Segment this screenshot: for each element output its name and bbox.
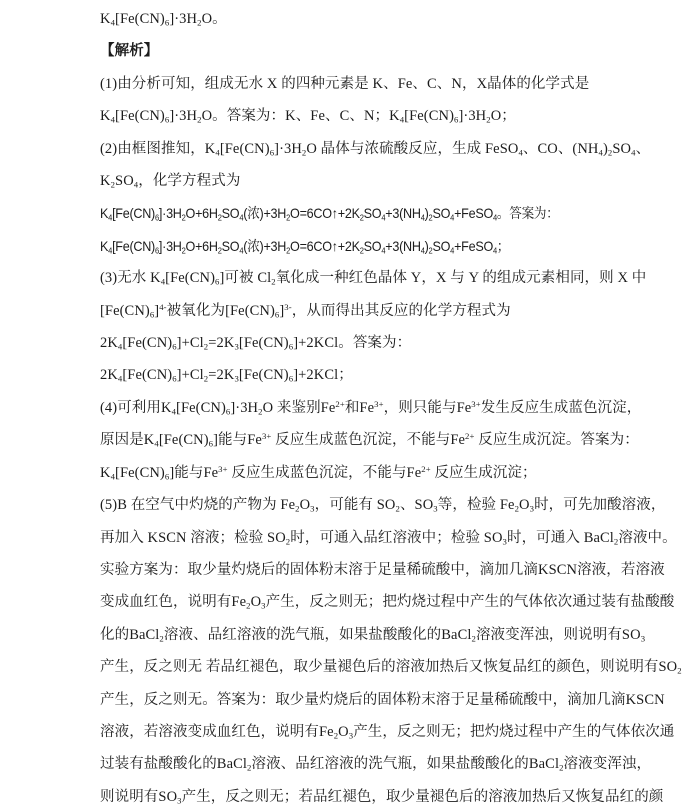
text-line: 溶液，若溶液变成血红色，说明有Fe2O3产生，反之则无；把灼烧过程中产生的气体依…	[100, 716, 652, 748]
formula-line: K4[Fe(CN)6]·3H2O。	[100, 3, 652, 35]
text-line: (5)B 在空气中灼烧的产物为 Fe2O3，可能有 SO2、SO3等，检验 Fe…	[100, 489, 652, 521]
text-line: [Fe(CN)6]4-被氧化为[Fe(CN)6]3-，从而得出其反应的化学方程式…	[100, 295, 652, 327]
text-line: 变成血红色，说明有Fe2O3产生，反之则无；把灼烧过程中产生的气体依次通过装有盐…	[100, 586, 652, 618]
text-line: 化的BaCl2溶液、品红溶液的洗气瓶，如果盐酸酸化的BaCl2溶液变浑浊，则说明…	[100, 619, 652, 651]
text-line: 则说明有SO3产生，反之则无；若品红褪色，取少量褪色后的溶液加热后又恢复品红的颜	[100, 781, 652, 810]
text-line: (3)无水 K4[Fe(CN)6]可被 Cl2氧化成一种红色晶体 Y，X 与 Y…	[100, 262, 652, 294]
text-line: 原因是K4[Fe(CN)6]能与Fe3+ 反应生成蓝色沉淀，不能与Fe2+ 反应…	[100, 424, 652, 456]
equation-line: K4[Fe(CN)6]·3H2O+6H2SO4(浓)+3H2O=6CO↑+2K2…	[100, 230, 597, 262]
text-line: K4[Fe(CN)6]·3H2O。答案为：K、Fe、C、N；K4[Fe(CN)6…	[100, 100, 652, 132]
text-line: 产生，反之则无。答案为：取少量灼烧后的固体粉末溶于足量稀硫酸中，滴加几滴KSCN	[100, 684, 652, 716]
equation-line: K4[Fe(CN)6]·3H2O+6H2SO4(浓)+3H2O=6CO↑+2K2…	[100, 197, 597, 229]
equation-line: 2K4[Fe(CN)6]+Cl2=2K3[Fe(CN)6]+2KCl。答案为：	[100, 327, 652, 359]
text-line: K4[Fe(CN)6]能与Fe3+ 反应生成蓝色沉淀，不能与Fe2+ 反应生成沉…	[100, 457, 652, 489]
text-line: 再加入 KSCN 溶液；检验 SO2时，可通入品红溶液中；检验 SO3时，可通入…	[100, 522, 652, 554]
text-line: 产生，反之则无 若品红褪色，取少量褪色后的溶液加热后又恢复品红的颜色，则说明有S…	[100, 651, 652, 683]
text-line: (2)由框图推知，K4[Fe(CN)6]·3H2O 晶体与浓硫酸反应，生成 Fe…	[100, 133, 652, 165]
text-line: 过装有盐酸酸化的BaCl2溶液、品红溶液的洗气瓶，如果盐酸酸化的BaCl2溶液变…	[100, 748, 652, 780]
document-page: K4[Fe(CN)6]·3H2O。【解析】(1)由分析可知，组成无水 X 的四种…	[0, 0, 692, 810]
text-line: (1)由分析可知，组成无水 X 的四种元素是 K、Fe、C、N，X晶体的化学式是	[100, 68, 652, 100]
text-line: 实验方案为：取少量灼烧后的固体粉末溶于足量稀硫酸中，滴加几滴KSCN溶液，若溶液	[100, 554, 652, 586]
text-line: (4)可利用K4[Fe(CN)6]·3H2O 来鉴别Fe2+和Fe3+，则只能与…	[100, 392, 652, 424]
equation-line: 2K4[Fe(CN)6]+Cl2=2K3[Fe(CN)6]+2KCl；	[100, 359, 652, 391]
text-line: K2SO4，化学方程式为	[100, 165, 652, 197]
section-header-jiexi: 【解析】	[100, 35, 652, 67]
text-lines-container: K4[Fe(CN)6]·3H2O。【解析】(1)由分析可知，组成无水 X 的四种…	[100, 3, 652, 810]
